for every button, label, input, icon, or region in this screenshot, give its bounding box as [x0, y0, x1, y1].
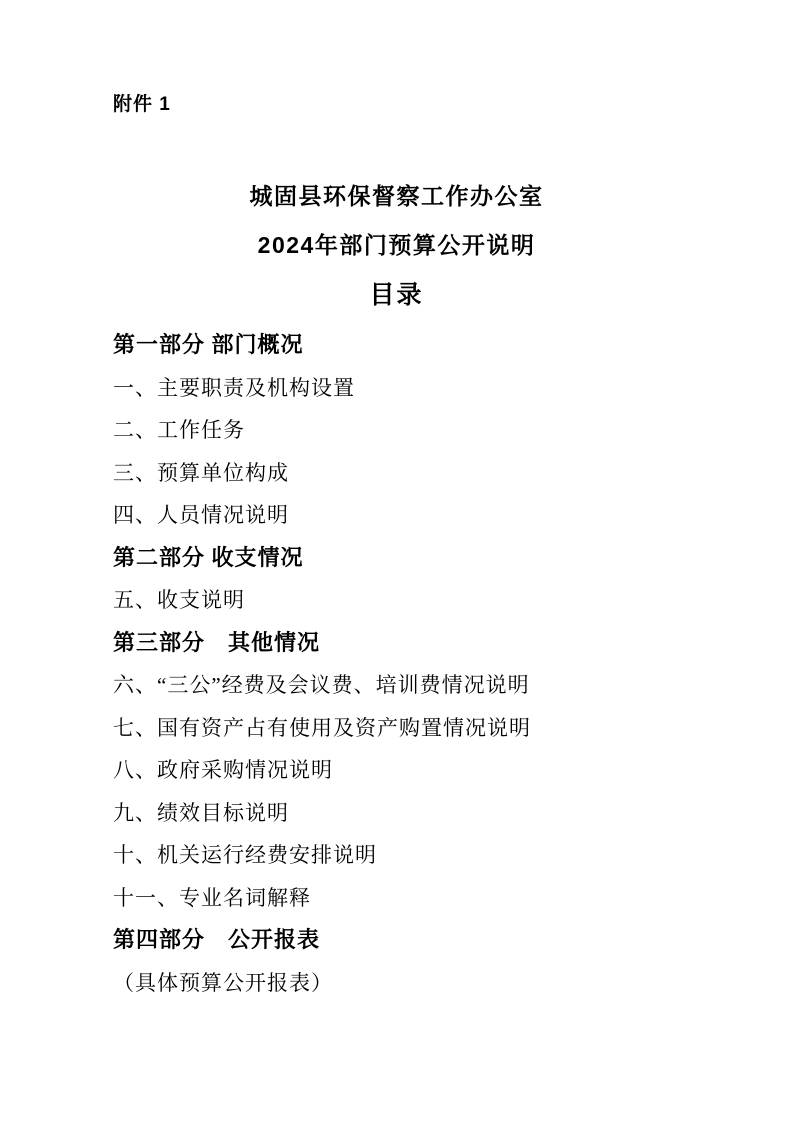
document-page: 附件 1 城固县环保督察工作办公室 2024年部门预算公开说明 目录 第一部分 … [0, 0, 793, 1122]
document-title-line-1: 城固县环保督察工作办公室 [0, 172, 793, 221]
toc-item: 九、绩效目标说明 [113, 792, 743, 835]
document-title-line-2: 2024年部门预算公开说明 [0, 221, 793, 270]
toc-item: 六、“三公”经费及会议费、培训费情况说明 [113, 664, 743, 707]
toc-item: （具体预算公开报表） [113, 962, 743, 1005]
attachment-label: 附件 1 [113, 93, 171, 117]
toc-section-heading: 第一部分 部门概况 [113, 324, 743, 367]
toc-item: 五、收支说明 [113, 579, 743, 622]
toc-section-heading: 第三部分 其他情况 [113, 622, 743, 665]
toc-item: 四、人员情况说明 [113, 494, 743, 537]
title-block: 城固县环保督察工作办公室 2024年部门预算公开说明 [0, 172, 793, 270]
toc-item: 七、国有资产占有使用及资产购置情况说明 [113, 707, 743, 750]
toc-section-heading: 第二部分 收支情况 [113, 537, 743, 580]
table-of-contents: 第一部分 部门概况 一、主要职责及机构设置 二、工作任务 三、预算单位构成 四、… [113, 324, 743, 1004]
toc-item: 三、预算单位构成 [113, 452, 743, 495]
toc-item: 十一、专业名词解释 [113, 877, 743, 920]
toc-item: 十、机关运行经费安排说明 [113, 834, 743, 877]
toc-item: 一、主要职责及机构设置 [113, 367, 743, 410]
toc-heading: 目录 [0, 281, 793, 311]
toc-section-heading: 第四部分 公开报表 [113, 919, 743, 962]
toc-item: 八、政府采购情况说明 [113, 749, 743, 792]
toc-item: 二、工作任务 [113, 409, 743, 452]
